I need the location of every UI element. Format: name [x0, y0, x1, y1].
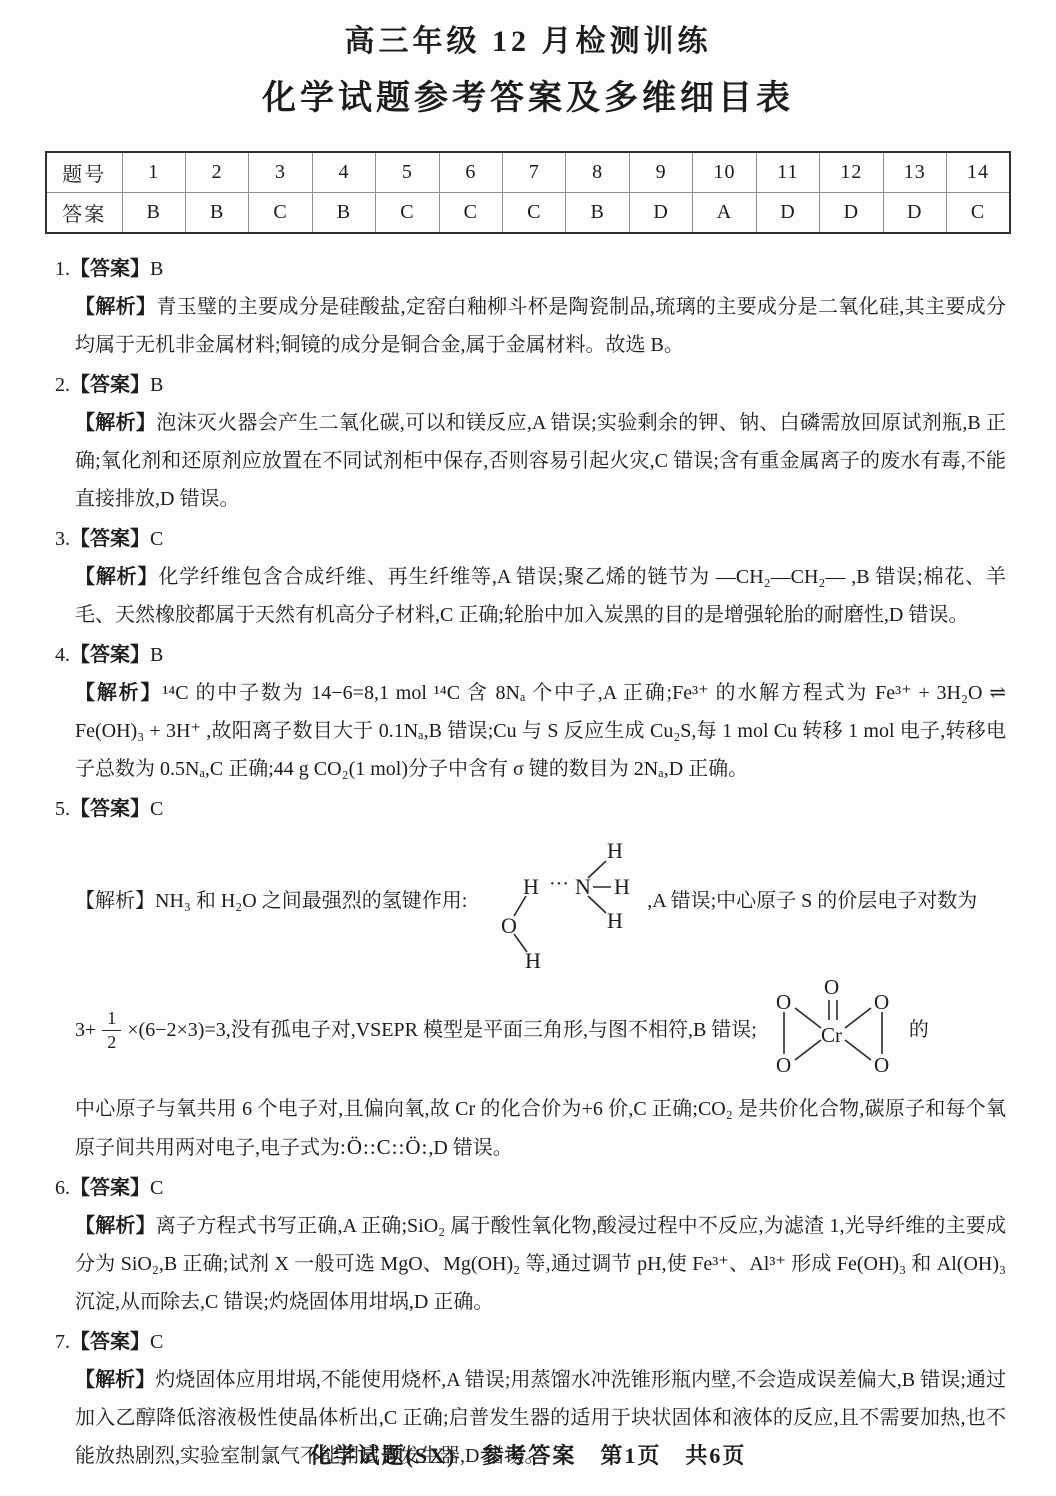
answer-label: 【答案】 — [70, 1177, 150, 1199]
atom-O: O — [776, 1053, 791, 1077]
question-number-cell: 2 — [185, 152, 248, 193]
answer-key-table: 题号 1 2 3 4 5 6 7 8 9 10 11 12 13 14 答案 B… — [45, 151, 1011, 234]
explain-label: 【解析】 — [75, 1369, 155, 1391]
explain-label: 【解析】 — [75, 1215, 156, 1237]
explain-label: 【解析】 — [75, 566, 158, 588]
atom-H: H — [525, 948, 541, 970]
row-header-question-number: 题号 — [46, 152, 122, 193]
question-number-cell: 12 — [820, 152, 883, 193]
answer-label: 【答案】 — [70, 258, 150, 280]
page-footer: 化学试题(SX) 参考答案 第1页 共6页 — [0, 1439, 1056, 1470]
explanation-text: ,D 错误。 — [428, 1137, 512, 1159]
atom-H: H — [607, 908, 623, 933]
question-number-cell: 9 — [629, 152, 692, 193]
answer-cell: C — [249, 193, 312, 234]
explanation-text: NH₃ 和 H₂O 之间最强烈的氢键作用: — [155, 890, 467, 912]
table-row-answers: 答案 B B C B C C C B D A D D D C — [46, 193, 1010, 234]
answer-cell: D — [629, 193, 692, 234]
question-number-cell: 8 — [566, 152, 629, 193]
question-1-explanation: 【解析】青玉璧的主要成分是硅酸盐,定窑白釉柳斗杯是陶瓷制品,琉璃的主要成分是二氧… — [75, 288, 1006, 364]
answer-letter: C — [150, 528, 163, 550]
answer-cell: B — [312, 193, 375, 234]
question-number-cell: 11 — [756, 152, 819, 193]
answer-cell: B — [185, 193, 248, 234]
question-2-explanation: 【解析】泡沫灭火器会产生二氧化碳,可以和镁反应,A 错误;实验剩余的钾、钠、白磷… — [75, 404, 1006, 518]
answer-letter: C — [150, 798, 163, 820]
explanation-text: 泡沫灭火器会产生二氧化碳,可以和镁反应,A 错误;实验剩余的钾、钠、白磷需放回原… — [75, 412, 1006, 510]
fraction-denominator: 2 — [107, 1031, 116, 1053]
answer-cell: A — [693, 193, 756, 234]
answer-cell: D — [883, 193, 946, 234]
answer-cell: D — [756, 193, 819, 234]
explanation-text: 中心原子与氧共用 6 个电子对,且偏向氧,故 Cr 的化合价为+6 价,C 正确… — [75, 1098, 1006, 1159]
explanation-segment: ×(6−2×3)=3,没有孤电子对,VSEPR 模型是平面三角形,与图不相符,B… — [127, 1011, 757, 1049]
explanation-text: 离子方程式书写正确,A 正确;SiO₂ 属于酸性氧化物,酸浸过程中不反应,为滤渣… — [75, 1215, 1006, 1313]
answer-letter: C — [150, 1331, 163, 1353]
atom-O: O — [874, 990, 889, 1014]
question-number: 1. — [55, 258, 70, 280]
atom-H: H — [614, 874, 630, 899]
question-number-cell: 10 — [693, 152, 756, 193]
hydrogen-bond-dots: ··· — [549, 873, 569, 895]
question-6-answer-line: 6.【答案】C — [55, 1169, 1008, 1207]
question-5-vsepr-row: 3+ 1 2 ×(6−2×3)=3,没有孤电子对,VSEPR 模型是平面三角形,… — [75, 972, 1008, 1088]
explain-label: 【解析】 — [75, 890, 155, 912]
question-7-answer-line: 7.【答案】C — [55, 1323, 1008, 1361]
fraction-numerator: 1 — [102, 1008, 121, 1031]
question-number: 6. — [55, 1177, 70, 1199]
answer-cell: C — [376, 193, 439, 234]
question-number-cell: 1 — [122, 152, 185, 193]
answer-letter: B — [150, 644, 163, 666]
explanation-text: ¹⁴C 的中子数为 14−6=8,1 mol ¹⁴C 含 8Nₐ 个中子,A 正… — [75, 682, 1006, 780]
answer-letter: B — [150, 258, 163, 280]
explain-label: 【解析】 — [75, 412, 156, 434]
question-3-answer-line: 3.【答案】C — [55, 520, 1008, 558]
atom-N: N — [575, 874, 591, 899]
question-6-explanation: 【解析】离子方程式书写正确,A 正确;SiO₂ 属于酸性氧化物,酸浸过程中不反应… — [75, 1207, 1006, 1321]
electron-formula: :Ö::C::Ö: — [340, 1135, 428, 1159]
exam-answer-page: 高三年级 12 月检测训练 化学试题参考答案及多维细目表 题号 1 2 3 4 … — [0, 0, 1056, 1496]
row-header-answer: 答案 — [46, 193, 122, 234]
atom-O: O — [776, 990, 791, 1014]
question-4-explanation: 【解析】¹⁴C 的中子数为 14−6=8,1 mol ¹⁴C 含 8Nₐ 个中子… — [75, 674, 1006, 788]
question-number: 5. — [55, 798, 70, 820]
hydrogen-bond-diagram: O H H ··· N H H H — [467, 832, 647, 970]
answer-letter: C — [150, 1177, 163, 1199]
question-number: 4. — [55, 644, 70, 666]
explain-label: 【解析】 — [75, 296, 156, 318]
answer-cell: C — [503, 193, 566, 234]
page-title: 高三年级 12 月检测训练 — [0, 0, 1056, 61]
question-1-answer-line: 1.【答案】B — [55, 250, 1008, 288]
page-subtitle: 化学试题参考答案及多维细目表 — [0, 77, 1056, 121]
answer-label: 【答案】 — [70, 644, 150, 666]
question-5-hbond-row: 【解析】NH₃ 和 H₂O 之间最强烈的氢键作用: O H H ··· N H … — [75, 832, 1008, 970]
atom-O: O — [824, 975, 839, 999]
explanation-text: 化学纤维包含合成纤维、再生纤维等,A 错误;聚乙烯的链节为 —CH₂—CH₂— … — [75, 566, 1006, 626]
question-4-answer-line: 4.【答案】B — [55, 636, 1008, 674]
answer-cell: C — [946, 193, 1010, 234]
question-number-cell: 5 — [376, 152, 439, 193]
atom-Cr: Cr — [821, 1023, 842, 1047]
table-row-question-numbers: 题号 1 2 3 4 5 6 7 8 9 10 11 12 13 14 — [46, 152, 1010, 193]
explanation-text: 青玉璧的主要成分是硅酸盐,定窑白釉柳斗杯是陶瓷制品,琉璃的主要成分是二氧化硅,其… — [75, 296, 1006, 356]
question-number-cell: 4 — [312, 152, 375, 193]
explanation-segment: 【解析】NH₃ 和 H₂O 之间最强烈的氢键作用: — [75, 882, 467, 920]
chromium-peroxide-diagram: O O O O O Cr — [757, 972, 909, 1088]
question-3-explanation: 【解析】化学纤维包含合成纤维、再生纤维等,A 错误;聚乙烯的链节为 —CH₂—C… — [75, 558, 1006, 634]
answer-cell: B — [122, 193, 185, 234]
answer-cell: C — [439, 193, 502, 234]
atom-O: O — [501, 913, 517, 938]
fraction-one-half: 1 2 — [102, 1008, 121, 1052]
answer-letter: B — [150, 374, 163, 396]
question-number: 2. — [55, 374, 70, 396]
question-number: 3. — [55, 528, 70, 550]
atom-H: H — [607, 838, 623, 863]
explanation-segment: 的 — [909, 1011, 929, 1049]
question-number-cell: 13 — [883, 152, 946, 193]
solutions-content: 1.【答案】B 【解析】青玉璧的主要成分是硅酸盐,定窑白釉柳斗杯是陶瓷制品,琉璃… — [0, 234, 1056, 1475]
question-5-answer-line: 5.【答案】C — [55, 790, 1008, 828]
question-5-explanation-tail: 中心原子与氧共用 6 个电子对,且偏向氧,故 Cr 的化合价为+6 价,C 正确… — [75, 1090, 1006, 1167]
question-number: 7. — [55, 1331, 70, 1353]
question-2-answer-line: 2.【答案】B — [55, 366, 1008, 404]
question-number-cell: 3 — [249, 152, 312, 193]
answer-cell: B — [566, 193, 629, 234]
answer-label: 【答案】 — [70, 528, 150, 550]
atom-H: H — [523, 874, 539, 899]
question-number-cell: 7 — [503, 152, 566, 193]
question-number-cell: 6 — [439, 152, 502, 193]
answer-label: 【答案】 — [70, 1331, 150, 1353]
formula-before: 3+ — [75, 1011, 96, 1049]
question-number-cell: 14 — [946, 152, 1010, 193]
answer-label: 【答案】 — [70, 798, 150, 820]
answer-cell: D — [820, 193, 883, 234]
explain-label: 【解析】 — [75, 682, 162, 704]
explanation-segment: ,A 错误;中心原子 S 的价层电子对数为 — [647, 882, 977, 920]
atom-O: O — [874, 1053, 889, 1077]
answer-label: 【答案】 — [70, 374, 150, 396]
